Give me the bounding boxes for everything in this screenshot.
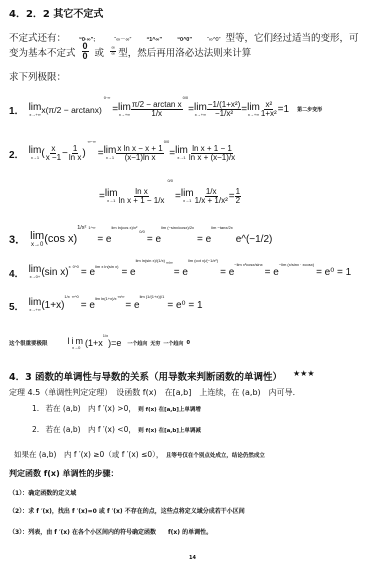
lim-operator: limx→1 (105, 189, 118, 203)
example-1: 1． limx→+∞ x(π/2 − arctanx) 0·∞ = limx→+… (9, 87, 322, 132)
basic-form-zero-over-zero: 0 0 (82, 42, 89, 61)
item-number: 1. (32, 404, 39, 413)
step-text: 列表，由 f ′(x) 在各个小区间内的符号确定函数 (28, 529, 156, 536)
exponent: lim (1/(1+x))/1 (140, 294, 165, 299)
intro-line-2: 变为基本不定式 0 0 或 ∞ ∞ 型，然后再用洛必达法则来计算 (9, 42, 251, 61)
exponent: −lim (x/sinx · xcosx) (279, 262, 314, 267)
example-number: 1． (9, 102, 25, 117)
step1-fraction: x ln x − x + 1 (x−1)ln x (116, 145, 163, 162)
step-tail: 这些点将定义域分成若干小区间 (161, 508, 245, 515)
exponent: lim ln(sin x)/(1/x) (136, 258, 165, 263)
example-2-line-2: = limx→1 ln x ln x + 1 − 1/x 0/0 = limx→… (99, 176, 241, 216)
remark: 如果在 (a,b) 内 f ′(x) ≥0（或 f ′(x) ≤0）， 且等号仅… (14, 449, 265, 460)
task-label: 求下列极限： (9, 69, 66, 83)
important-label: 这个很重要极限 (9, 339, 48, 347)
step1-fraction: π/2 − arctan x 1/x (131, 101, 183, 118)
note: 一个趋向 (163, 340, 183, 347)
step-label: （1）： (9, 490, 28, 497)
exponent: lim −tanx/2x (211, 225, 232, 230)
note: 第二步变形 (297, 106, 322, 113)
example-2-line-1: 2． limx→1 ( xx −1 − 1ln x ) ∞−∞ = limx→1… (9, 137, 236, 169)
lim-operator: limx→+∞ (29, 103, 42, 117)
lim-operator: limx→+∞ (247, 103, 260, 117)
exponent: −lim x²cosx/sinx (234, 262, 262, 267)
exponent: 1/x (64, 294, 69, 299)
fraction-b: 1ln x (68, 145, 82, 162)
lim-operator: limx→1 (181, 189, 194, 203)
section-heading-4-2-2: 4．2．2 其它不定式 (9, 5, 103, 20)
example-number: 3． (9, 231, 26, 247)
basic-form-inf-over-inf: ∞ ∞ (110, 46, 116, 57)
step-tail: f(x) 的单调性。 (168, 529, 212, 536)
example-5: 5． limx→+∞ (1+x) 1/x ∞^0 = e lim ln(1+x)… (9, 292, 203, 318)
form-annotation: 0/0 (139, 229, 145, 234)
result: = e⁰ = 1 (167, 300, 202, 311)
form-annotation: 0/0 (164, 139, 170, 144)
item-condition: 若在 (a,b) 内 f ′(x) >0， (46, 404, 136, 413)
example-4: 4． limx→0+ (sin x) x 0^0 = e lim x ln(si… (9, 258, 351, 286)
expression: x(π/2 − arctanx) (41, 105, 101, 115)
exponent: lim ln(1+x)/x (95, 296, 117, 301)
item-conclusion: 则 f(x) 在[a,b]上单调增 (138, 407, 201, 413)
example-number: 5． (9, 298, 25, 313)
note: 0 (186, 340, 189, 346)
step-label: （3）： (9, 529, 28, 536)
step3-fraction: x² 1+x² (260, 101, 278, 118)
steps-title: 判定函数 f(x) 单调性的步骤： (9, 468, 119, 479)
difficulty-stars: ★★★ (293, 369, 315, 378)
result: e^(−1/2) (236, 234, 273, 245)
exponent: lim x ln(sin x) (95, 264, 118, 269)
fraction-a: xx −1 (45, 145, 62, 162)
item-number: 2. (32, 425, 39, 434)
intro-line2-suffix: 型，然后再用洛必达法则来计算 (118, 45, 251, 59)
example-number: 4． (9, 265, 25, 280)
step-label: （2）： (9, 508, 28, 515)
important-limit: 这个很重要极限 limx→0 (1+x 1/x )=e 一个趋向 无穷 一个趋向… (9, 333, 190, 353)
remark-tail: 且等号仅在个别点处成立，结论仍然成立 (166, 453, 265, 459)
form-annotation: 0/0 (167, 178, 173, 183)
base: (1+x) (41, 300, 64, 311)
form-annotation: ∞−∞ (88, 139, 96, 144)
step3-fraction: ln x ln x + 1 − 1/x (118, 188, 166, 205)
theorem-4-5: 定理 4.5（单调性判定定理） 设函数 f(x) 在[a,b] 上连续，在 (a… (9, 387, 301, 398)
exponent: lim ln(cos x)/x² (112, 225, 138, 230)
step-2: （2）：求 f ′(x)，找出 f ′(x)=0 或 f ′(x) 不存在的点，… (9, 506, 245, 515)
section-heading-4-3: 4．3 函数的单调性与导数的关系（用导数来判断函数的单调性） (9, 369, 282, 383)
result: =1 (278, 104, 289, 115)
form-annotation: ∞/∞ (118, 294, 125, 299)
lim-operator: limx→0+ (29, 265, 42, 279)
form-annotation: ∞/∞ (166, 260, 173, 265)
page-number: 14 (189, 555, 196, 561)
item-condition: 若在 (a,b) 内 f ′(x) <0， (46, 425, 136, 434)
base: (cos x) (44, 233, 77, 245)
or-text: 或 (95, 45, 105, 59)
lim-operator: limx→1 (104, 146, 117, 160)
intro-line2-prefix: 变为基本不定式 (9, 45, 76, 59)
lim-operator: limx→1 (29, 146, 42, 160)
exponent: lim (cot x)/(−1/x²) (188, 258, 218, 263)
result: = e⁰ = 1 (316, 267, 351, 278)
step2-fraction: ln x + 1 − 1 ln x + (x−1)/x (188, 145, 236, 162)
theorem-item-1: 1. 若在 (a,b) 内 f ′(x) >0， 则 f(x) 在[a,b]上单… (32, 403, 201, 414)
exponent: lim (−sinx/cosx)/2x (161, 225, 194, 230)
example-number: 2． (9, 146, 25, 161)
lim-operator: limx→+∞ (29, 298, 42, 312)
remark-main: 如果在 (a,b) 内 f ′(x) ≥0（或 f ′(x) ≤0）， (14, 450, 163, 459)
note: 一个趋向 (127, 340, 147, 347)
theorem-item-2: 2. 若在 (a,b) 内 f ′(x) <0， 则 f(x) 在[a,b]上单… (32, 424, 201, 435)
expression: (1+x (85, 338, 103, 348)
lim-operator: limx→1 (175, 146, 188, 160)
exponent: x (69, 264, 71, 269)
step-1: （1）：确定函数的定义域 (9, 488, 76, 497)
lim-operator: limx→+∞ (118, 103, 131, 117)
form-annotation: 1^∞ (88, 225, 95, 230)
step-text: 求 f ′(x)，找出 f ′(x)=0 或 f ′(x) 不存在的点， (28, 508, 161, 515)
result: )=e (108, 338, 121, 348)
exponent: 1/x² (77, 225, 86, 231)
example-3: 3． limx→0 (cos x) 1/x² 1^∞ = e lim ln(co… (9, 225, 272, 253)
base: (sin x) (41, 267, 68, 278)
lim-operator: limx→0 (68, 337, 86, 350)
step-3: （3）：列表，由 f ′(x) 在各个小区间内的符号确定函数f(x) 的单调性。 (9, 527, 212, 536)
item-conclusion: 则 f(x) 在[a,b]上单调减 (138, 428, 201, 434)
step-text: 确定函数的定义域 (28, 490, 76, 497)
form-annotation: 0·∞ (104, 95, 110, 100)
form-annotation: ∞^0 (72, 294, 79, 299)
lim-operator: limx→+∞ (194, 103, 207, 117)
result-fraction: 1 2 (235, 188, 241, 205)
lim-operator: limx→0 (30, 231, 44, 248)
step4-fraction: 1/x 1/x + 1/x² (194, 188, 229, 205)
step2-fraction: −1/(1+x²) −1/x² (207, 101, 241, 118)
form-annotation: 0^0 (73, 264, 79, 269)
form-annotation: 0/0 (183, 95, 189, 100)
note: 无穷 (150, 340, 160, 347)
